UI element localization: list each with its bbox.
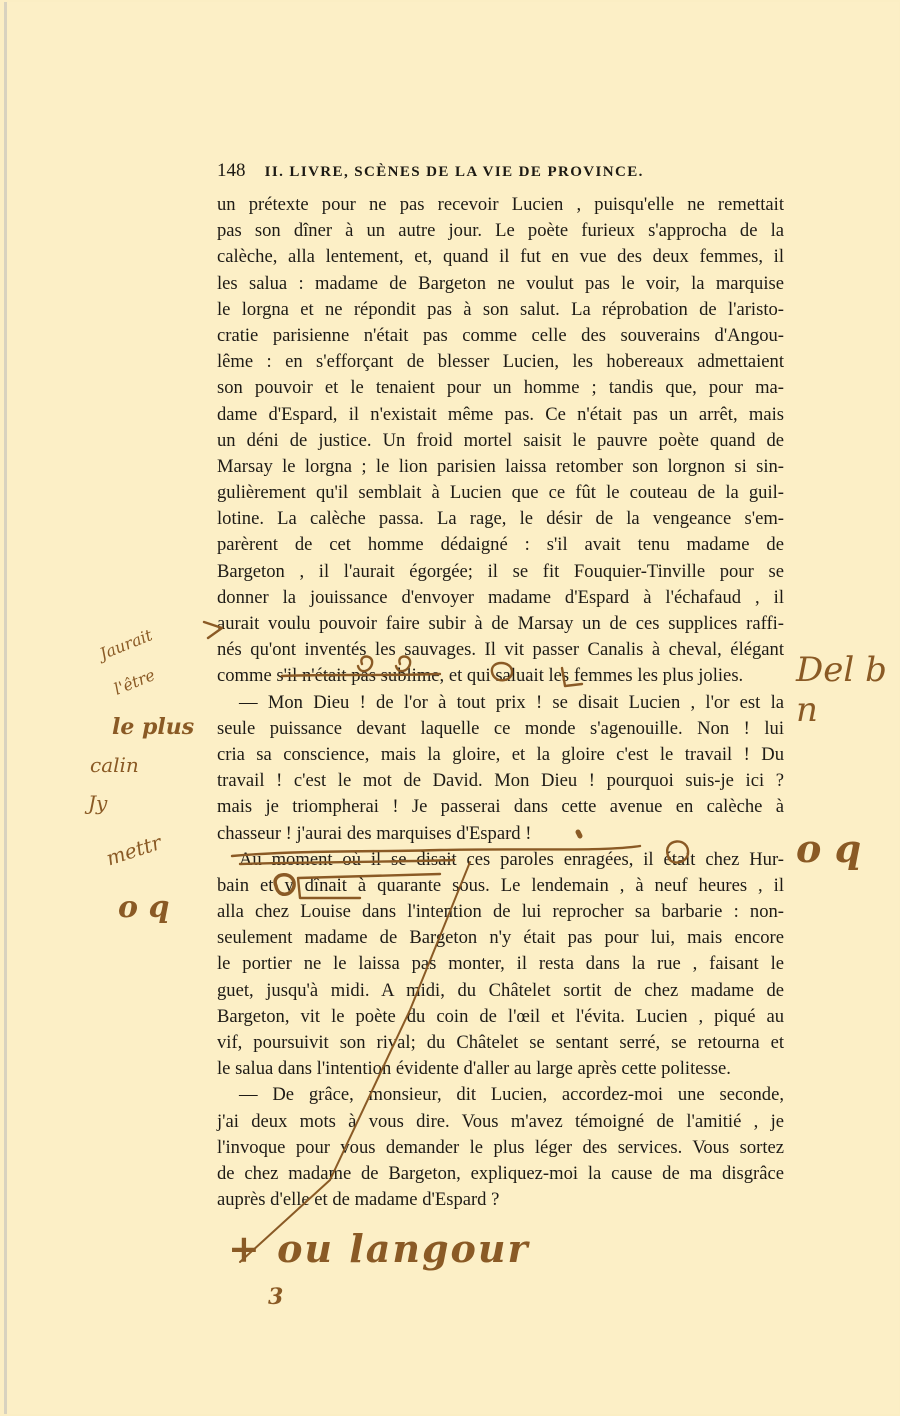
text-line: comme s'il n'était pas sublime, et qui s… [217, 663, 784, 689]
text-line: seulement madame de Bargeton n'y était p… [217, 925, 784, 951]
text-line: j'ai deux mots à vous dire. Vous m'avez … [217, 1109, 784, 1135]
text-line: calèche, alla lentement, et, quand il fu… [217, 244, 784, 270]
text-line: — Mon Dieu ! de l'or à tout prix ! se di… [217, 690, 784, 716]
text-line: le portier ne le laissa pas monter, il r… [217, 951, 784, 977]
text-line: cratie parisienne n'était pas comme cell… [217, 323, 784, 349]
text-line: un prétexte pour ne pas recevoir Lucien … [217, 192, 784, 218]
text-line: — De grâce, monsieur, dit Lucien, accord… [217, 1082, 784, 1108]
text-line: Bargeton , il l'aurait égorgée; il se fi… [217, 559, 784, 585]
text-line: lotine. La calèche passa. La rage, le dé… [217, 506, 784, 532]
text-line: son pouvoir et le tenaient pour un homme… [217, 375, 784, 401]
text-line: pas son dîner à un autre jour. Le poète … [217, 218, 784, 244]
text-line: mais je triompherai ! Je passerai dans c… [217, 794, 784, 820]
page-number: 148 [217, 160, 246, 181]
text-line: les salua : madame de Bargeton ne voulut… [217, 271, 784, 297]
text-line: donner la jouissance d'envoyer madame d'… [217, 585, 784, 611]
running-head: 148 II. LIVRE, SCÈNES DE LA VIE DE PROVI… [217, 160, 787, 186]
text-line: chasseur ! j'aurai des marquises d'Espar… [217, 821, 784, 847]
text-line: Au moment où il se disait ces paroles en… [217, 847, 784, 873]
text-line: le lorgna et ne répondit pas à son salut… [217, 297, 784, 323]
text-line: lême : en s'efforçant de blesser Lucien,… [217, 349, 784, 375]
text-line: Marsay le lorgna ; le lion parisien lais… [217, 454, 784, 480]
text-line: l'invoque pour vous demander le plus lég… [217, 1135, 784, 1161]
running-title: II. LIVRE, SCÈNES DE LA VIE DE PROVINCE. [265, 164, 644, 180]
text-line: Bargeton, vit le poète du coin de l'œil … [217, 1004, 784, 1030]
text-line: cria sa conscience, mais la gloire, et l… [217, 742, 784, 768]
text-line: vif, poursuivit son rival; du Châtelet s… [217, 1030, 784, 1056]
text-line: parèrent de cet homme dédaigné : s'il av… [217, 532, 784, 558]
text-line: bain et y dînait à quarante sous. Le len… [217, 873, 784, 899]
text-line: aurait voulu pouvoir faire subir à de Ma… [217, 611, 784, 637]
text-line: travail ! c'est le mot de David. Mon Die… [217, 768, 784, 794]
text-line: nés qu'ont inventés les sauvages. Il vit… [217, 637, 784, 663]
text-line: gulièrement qu'il semblait à Lucien que … [217, 480, 784, 506]
body-text: un prétexte pour ne pas recevoir Lucien … [217, 192, 784, 1213]
text-line: seule puissance devant laquelle ce monde… [217, 716, 784, 742]
text-line: le salua dans l'intention évidente d'all… [217, 1056, 784, 1082]
text-line: auprès d'elle et de madame d'Espard ? [217, 1187, 784, 1213]
text-line: un déni de justice. Un froid mortel sais… [217, 428, 784, 454]
text-line: guet, jusqu'à midi. A midi, du Châtelet … [217, 978, 784, 1004]
text-line: dame d'Espard, il n'existait même pas. C… [217, 402, 784, 428]
text-line: de chez madame de Bargeton, expliquez-mo… [217, 1161, 784, 1187]
text-line: alla chez Louise dans l'intention de lui… [217, 899, 784, 925]
